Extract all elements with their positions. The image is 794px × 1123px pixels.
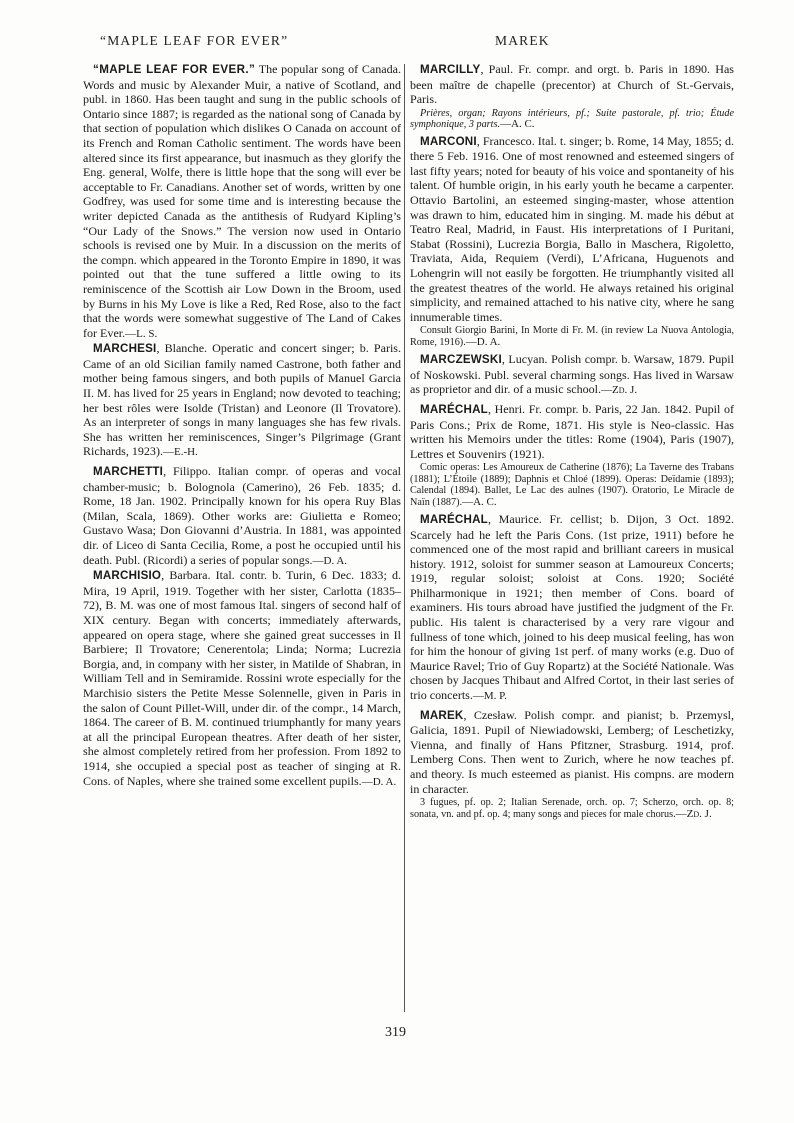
entry-marechal-henri: MARÉCHAL, Henri. Fr. compr. b. Paris, 22…: [410, 402, 734, 461]
entry-body: The popular song of Canada. Words and mu…: [83, 62, 401, 340]
running-header-right: MAREK: [495, 33, 550, 49]
entry-name: , Filippo.: [163, 464, 211, 478]
entry-name: , Blanche.: [156, 341, 207, 355]
entry-headword: MARÉCHAL: [420, 403, 488, 416]
entry-headword: MARCHESI: [93, 342, 156, 355]
right-column: MARCILLY, Paul. Fr. compr. and orgt. b. …: [410, 62, 734, 823]
entry-maple-leaf: “MAPLE LEAF FOR EVER.” The popular song …: [83, 62, 401, 341]
entry-signature: —D. A.: [313, 555, 348, 567]
entry-name: , Paul.: [480, 62, 513, 76]
entry-marechal-maurice: MARÉCHAL, Maurice. Fr. cellist; b. Dijon…: [410, 512, 734, 704]
entry-signature: —A. C.: [462, 496, 497, 508]
entry-body: Operatic and concert singer; b. Paris. C…: [83, 341, 401, 458]
entry-headword: MARCHISIO: [93, 569, 161, 582]
entry-signature: —Zd. J.: [601, 384, 637, 396]
entry-name: , Barbara.: [161, 568, 210, 582]
entry-headword: MARCHETTI: [93, 465, 163, 478]
running-header-left: “MAPLE LEAF FOR EVER”: [100, 33, 288, 49]
column-divider: [404, 64, 405, 1012]
entry-signature: —E.-H.: [163, 446, 198, 458]
page-number: 319: [385, 1025, 406, 1041]
entry-name: , Maurice.: [488, 512, 542, 526]
entry-signature: —A. C.: [500, 118, 535, 130]
entry-marcilly: MARCILLY, Paul. Fr. compr. and orgt. b. …: [410, 62, 734, 107]
references-text: Consult Giorgio Barini, In Morte di Fr. …: [410, 325, 734, 347]
entry-references: Consult Giorgio Barini, In Morte di Fr. …: [410, 325, 734, 348]
entry-body: Italian compr. of operas and vocal chamb…: [83, 464, 401, 567]
left-column: “MAPLE LEAF FOR EVER.” The popular song …: [83, 62, 401, 789]
entry-headword: MARCILLY: [420, 63, 480, 76]
entry-marchetti: MARCHETTI, Filippo. Italian compr. of op…: [83, 464, 401, 568]
entry-signature: —Zd. J.: [676, 808, 712, 820]
entry-signature: —L. S.: [125, 328, 157, 340]
entry-works: Comic operas: Les Amoureux de Catherine …: [410, 462, 734, 508]
entry-name: , Henri.: [488, 402, 525, 416]
entry-signature: —M. P.: [473, 690, 507, 702]
entry-body: Ital. contr. b. Turin, 6 Dec. 1833; d. M…: [83, 568, 401, 787]
entry-name: , Francesco.: [477, 134, 535, 148]
entry-marek: MAREK, Czesław. Polish compr. and pianis…: [410, 708, 734, 797]
entry-marczewski: MARCZEWSKI, Lucyan. Polish compr. b. War…: [410, 352, 734, 398]
entry-marconi: MARCONI, Francesco. Ital. t. singer; b. …: [410, 134, 734, 325]
entry-name: , Czesław.: [464, 708, 517, 722]
entry-signature: —D. A.: [362, 776, 397, 788]
entry-marchesi: MARCHESI, Blanche. Operatic and concert …: [83, 341, 401, 460]
entry-signature: —D. A.: [466, 336, 501, 348]
entry-name: , Lucyan.: [502, 352, 548, 366]
entry-body: Ital. t. singer; b. Rome, 14 May, 1855; …: [410, 134, 734, 324]
entry-headword: MAREK: [420, 709, 464, 722]
entry-headword: MARCZEWSKI: [420, 353, 502, 366]
entry-headword: “MAPLE LEAF FOR EVER.”: [93, 63, 255, 76]
entry-body: Fr. cellist; b. Dijon, 3 Oct. 1892. Scar…: [410, 512, 734, 702]
entry-headword: MARÉCHAL: [420, 513, 488, 526]
entry-headword: MARCONI: [420, 135, 477, 148]
works-list: Comic operas: Les Amoureux de Catherine …: [410, 462, 734, 507]
entry-marchisio: MARCHISIO, Barbara. Ital. contr. b. Turi…: [83, 568, 401, 789]
entry-works: Prières, organ; Rayons intérieurs, pf.; …: [410, 108, 734, 131]
works-list: Prières, organ; Rayons intérieurs, pf.; …: [410, 108, 734, 130]
entry-works: 3 fugues, pf. op. 2; Italian Serenade, o…: [410, 797, 734, 820]
